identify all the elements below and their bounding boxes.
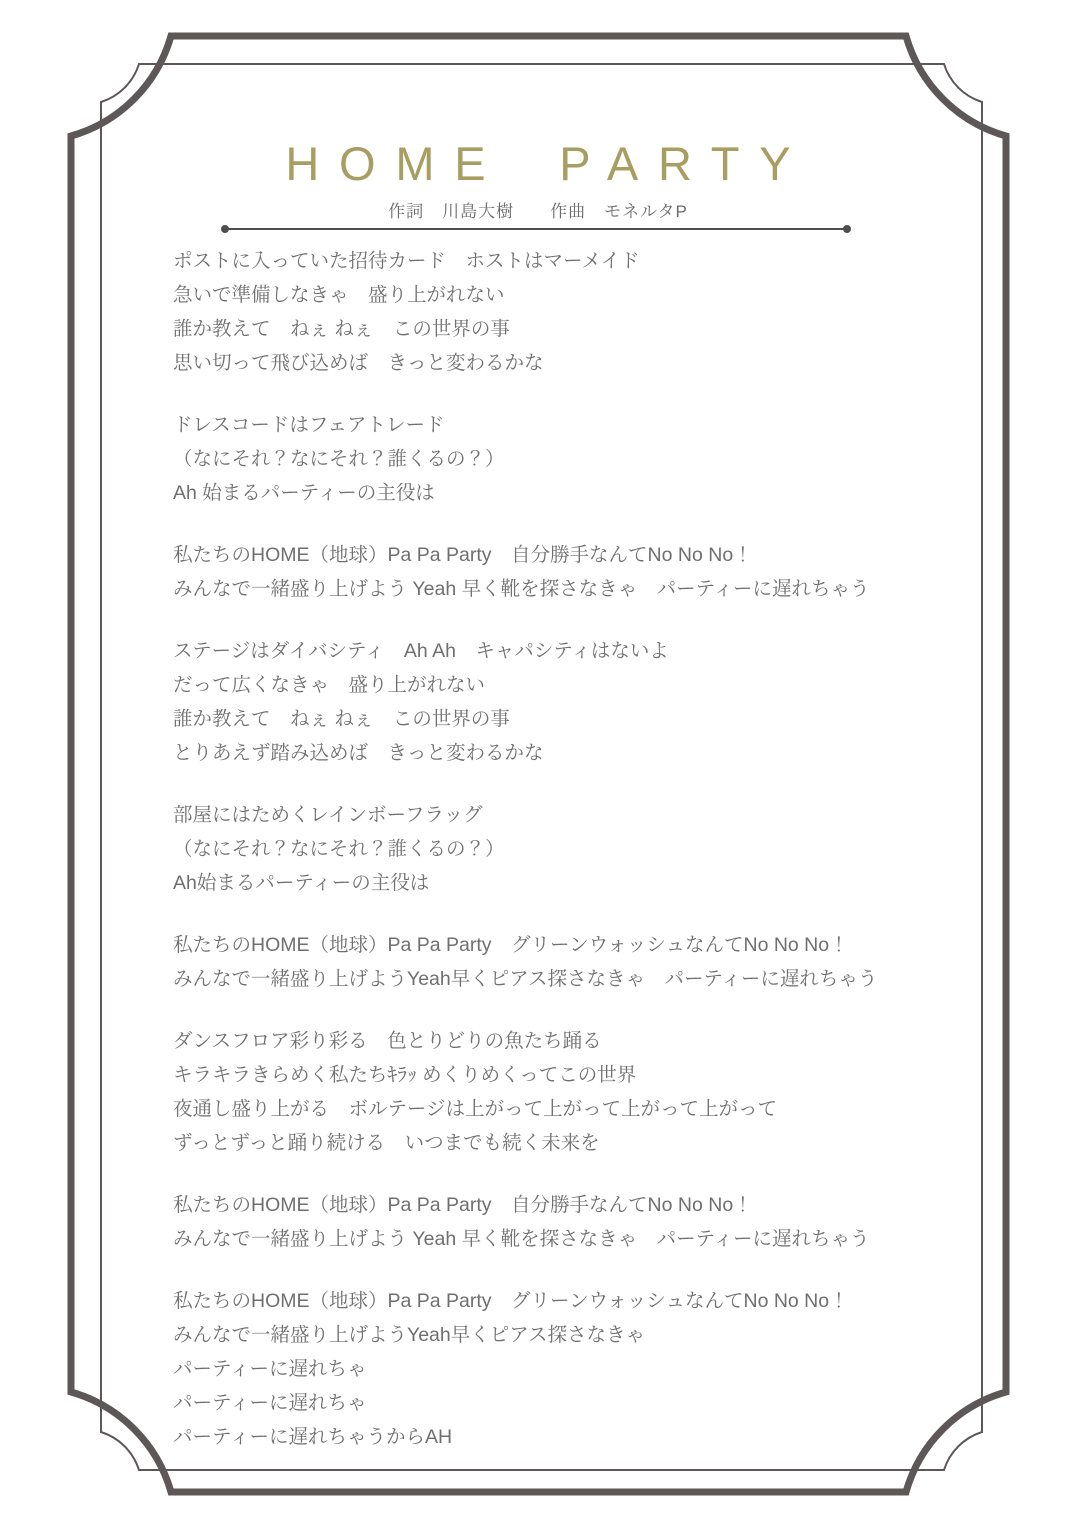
stanza: 私たちのHOME（地球）Pa Pa Party 自分勝手なんてNo No No！… [173,1188,986,1256]
lyric-line: だって広くなきゃ 盛り上がれない [173,668,986,702]
stanza: 私たちのHOME（地球）Pa Pa Party グリーンウォッシュなんてNo N… [173,928,986,996]
lyric-line: パーティーに遅れちゃ [173,1386,986,1420]
lyric-line: 私たちのHOME（地球）Pa Pa Party 自分勝手なんてNo No No！ [173,1188,986,1222]
lyric-line: ダンスフロア彩り彩る 色とりどりの魚たち踊る [173,1024,986,1058]
lyric-line: 急いで準備しなきゃ 盛り上がれない [173,278,986,312]
lyric-line: （なにそれ？なにそれ？誰くるの？） [173,442,986,476]
lyric-line: 誰か教えて ねぇ ねぇ この世界の事 [173,702,986,736]
lyric-line: みんなで一緒盛り上げよう Yeah 早く靴を探さなきゃ パーティーに遅れちゃう [173,572,986,606]
lyric-line: （なにそれ？なにそれ？誰くるの？） [173,832,986,866]
lyric-line: パーティーに遅れちゃ [173,1352,986,1386]
lyric-line: ドレスコードはフェアトレード [173,408,986,442]
lyric-line: Ah 始まるパーティーの主役は [173,476,986,510]
lyric-line: ポストに入っていた招待カード ホストはマーメイド [173,244,986,278]
lyric-line: みんなで一緒盛り上げようYeah早くピアス探さなきゃ [173,1318,986,1352]
lyric-line: 思い切って飛び込めば きっと変わるかな [173,346,986,380]
lyric-line: 私たちのHOME（地球）Pa Pa Party グリーンウォッシュなんてNo N… [173,1284,986,1318]
lyric-line: みんなで一緒盛り上げよう Yeah 早く靴を探さなきゃ パーティーに遅れちゃう [173,1222,986,1256]
stanza: ポストに入っていた招待カード ホストはマーメイド急いで準備しなきゃ 盛り上がれな… [173,244,986,380]
lyric-line: 私たちのHOME（地球）Pa Pa Party グリーンウォッシュなんてNo N… [173,928,986,962]
lyric-line: とりあえず踏み込めば きっと変わるかな [173,736,986,770]
lyric-line: 部屋にはためくレインボーフラッグ [173,798,986,832]
lyrics: ポストに入っていた招待カード ホストはマーメイド急いで準備しなきゃ 盛り上がれな… [173,244,986,1482]
lyric-line: ステージはダイバシティ Ah Ah キャパシティはないよ [173,634,986,668]
stanza: ドレスコードはフェアトレード（なにそれ？なにそれ？誰くるの？）Ah 始まるパーテ… [173,408,986,510]
lyric-line: ずっとずっと踊り続ける いつまでも続く未来を [173,1126,986,1160]
stanza: ダンスフロア彩り彩る 色とりどりの魚たち踊るキラキラきらめく私たちｷﾗｯ めくり… [173,1024,986,1160]
lyric-line: 夜通し盛り上がる ボルテージは上がって上がって上がって上がって [173,1092,986,1126]
credits-line: 作詞 川島大樹 作曲 モネルタP [0,197,1076,222]
lyric-line: 私たちのHOME（地球）Pa Pa Party 自分勝手なんてNo No No！ [173,538,986,572]
stanza: 部屋にはためくレインボーフラッグ（なにそれ？なにそれ？誰くるの？）Ah始まるパー… [173,798,986,900]
divider-rule [224,228,848,230]
stanza: 私たちのHOME（地球）Pa Pa Party 自分勝手なんてNo No No！… [173,538,986,606]
stanza: 私たちのHOME（地球）Pa Pa Party グリーンウォッシュなんてNo N… [173,1284,986,1454]
lyric-line: 誰か教えて ねぇ ねぇ この世界の事 [173,312,986,346]
header: HOME PARTY 作詞 川島大樹 作曲 モネルタP [0,138,1076,222]
stanza: ステージはダイバシティ Ah Ah キャパシティはないよだって広くなきゃ 盛り上… [173,634,986,770]
song-title: HOME PARTY [0,138,1076,190]
lyric-sheet-page: { "page": { "background_color": "#ffffff… [0,0,1076,1522]
lyric-line: Ah始まるパーティーの主役は [173,866,986,900]
lyric-line: パーティーに遅れちゃうからAH [173,1420,986,1454]
lyric-line: キラキラきらめく私たちｷﾗｯ めくりめくってこの世界 [173,1058,986,1092]
lyric-line: みんなで一緒盛り上げようYeah早くピアス探さなきゃ パーティーに遅れちゃう [173,962,986,996]
